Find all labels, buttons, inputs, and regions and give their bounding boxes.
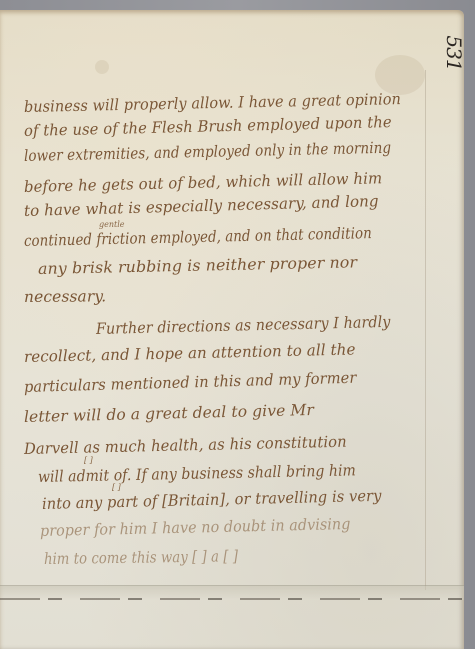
bottom-edge xyxy=(0,598,464,600)
manuscript-line: necessary. xyxy=(24,287,106,306)
manuscript-line: particulars mentioned in this and my for… xyxy=(24,369,357,396)
manuscript-line: into any part of [Britain], or travellin… xyxy=(42,487,382,513)
paper-stain xyxy=(375,55,425,95)
manuscript-page: 531 business will properly allow. I have… xyxy=(0,10,464,649)
interlinear-insertion: [ ] xyxy=(112,483,121,492)
manuscript-line: lower extremities, and employed only in … xyxy=(24,139,392,165)
manuscript-line: any brisk rubbing is neither proper nor xyxy=(38,253,357,278)
manuscript-line: Darvell as much health, as his constitut… xyxy=(24,433,347,458)
fold-line xyxy=(425,70,426,590)
manuscript-line: to have what is especially necessary, an… xyxy=(24,192,379,220)
document-viewer: 531 business will properly allow. I have… xyxy=(0,0,475,649)
interlinear-insertion: [ ] xyxy=(84,456,93,465)
interlinear-insertion: gentle xyxy=(99,220,125,229)
folio-number: 531 xyxy=(433,35,475,71)
paper-stain xyxy=(95,60,109,74)
manuscript-line: will admit of. If any business shall bri… xyxy=(38,461,356,486)
manuscript-line: recollect, and I hope an attention to al… xyxy=(24,340,356,366)
manuscript-line: him to come this way [ ] a [ ] xyxy=(44,547,238,568)
manuscript-line: letter will do a great deal to give Mr xyxy=(24,401,314,426)
manuscript-line: business will properly allow. I have a g… xyxy=(24,90,401,116)
manuscript-line: before he gets out of bed, which will al… xyxy=(24,169,383,196)
manuscript-line: of the use of the Flesh Brush employed u… xyxy=(24,113,392,140)
manuscript-line: Further directions as necessary I hardly xyxy=(96,313,391,338)
manuscript-line: continued friction employed, and on that… xyxy=(24,224,372,250)
manuscript-line: proper for him I have no doubt in advisi… xyxy=(40,515,351,540)
